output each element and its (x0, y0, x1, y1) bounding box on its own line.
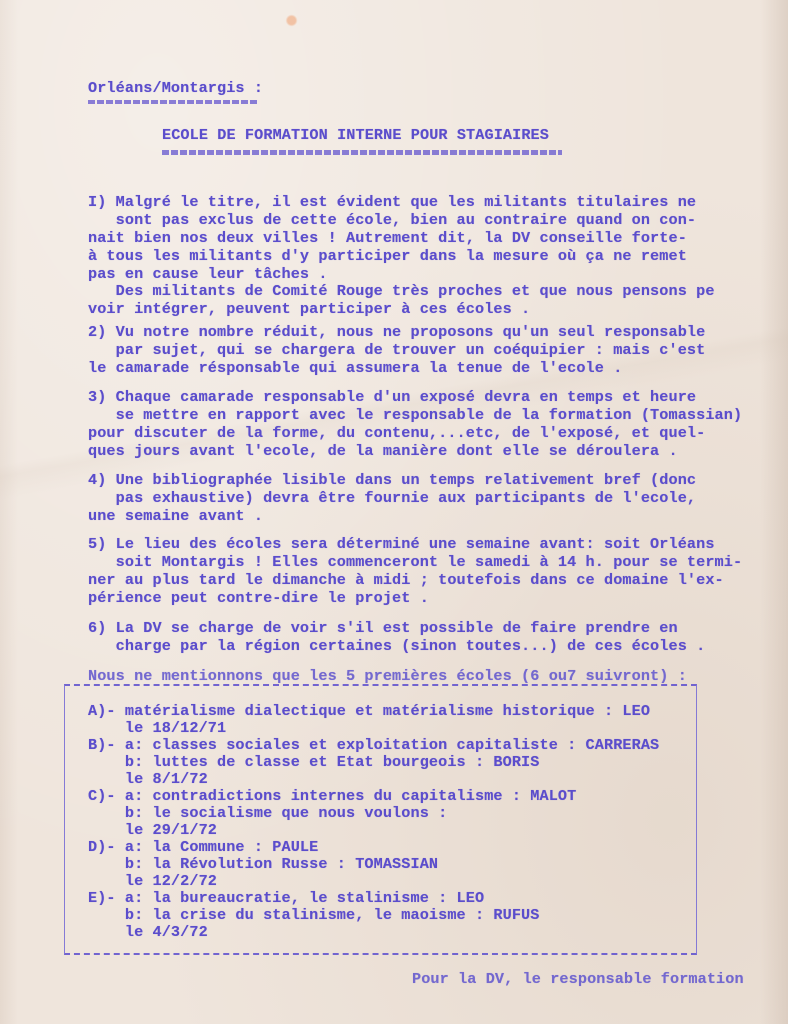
location-heading: Orléans/Montargis : (88, 80, 263, 97)
point-5-line: ner au plus tard le dimanche à midi ; to… (88, 572, 724, 589)
point-1-line: nait bien nos deux villes ! Autrement di… (88, 230, 687, 247)
school-line: C)- a: contradictions internes du capita… (88, 788, 576, 805)
school-line: le 29/1/72 (88, 822, 217, 839)
point-5-line: 5) Le lieu des écoles sera déterminé une… (88, 536, 715, 553)
point-1-line: Des militants de Comité Rouge très proch… (88, 283, 715, 300)
school-line: le 18/12/71 (88, 720, 226, 737)
point-5-line: soit Montargis ! Elles commenceront le s… (88, 554, 742, 571)
point-3-line: 3) Chaque camarade responsable d'un expo… (88, 389, 696, 406)
school-line: le 8/1/72 (88, 771, 208, 788)
point-1-line: I) Malgré le titre, il est évident que l… (88, 194, 696, 211)
point-5-line: périence peut contre-dire le projet . (88, 590, 429, 607)
school-line: D)- a: la Commune : PAULE (88, 839, 318, 856)
schools-intro: Nous ne mentionnons que les 5 premières … (88, 668, 687, 685)
location-underline (88, 100, 258, 104)
point-4-line: une semaine avant . (88, 508, 263, 525)
point-3-line: ques jours avant l'ecole, de la manière … (88, 443, 678, 460)
point-3-line: pour discuter de la forme, du contenu,..… (88, 425, 705, 442)
school-line: b: le socialisme que nous voulons : (88, 805, 447, 822)
point-6-line: 6) La DV se charge de voir s'il est poss… (88, 620, 678, 637)
page-title: ECOLE DE FORMATION INTERNE POUR STAGIAIR… (162, 127, 549, 144)
point-2-line: le camarade résponsable qui assumera la … (88, 360, 622, 377)
school-line: B)- a: classes sociales et exploitation … (88, 737, 659, 754)
typewritten-page: Orléans/Montargis : ECOLE DE FORMATION I… (0, 0, 788, 1024)
school-line: b: luttes de classe et Etat bourgeois : … (88, 754, 540, 771)
signature: Pour la DV, le responsable formation (412, 971, 744, 988)
point-1-line: voir intégrer, peuvent participer à ces … (88, 301, 530, 318)
title-double-underline (162, 150, 562, 155)
point-2-line: par sujet, qui se chargera de trouver un… (88, 342, 705, 359)
point-6-line: charge par la région certaines (sinon to… (88, 638, 705, 655)
school-line: A)- matérialisme dialectique et matérial… (88, 703, 650, 720)
point-4-line: pas exhaustive) devra être fournie aux p… (88, 490, 696, 507)
school-line: b: la Révolution Russe : TOMASSIAN (88, 856, 438, 873)
school-line: le 12/2/72 (88, 873, 217, 890)
point-2-line: 2) Vu notre nombre réduit, nous ne propo… (88, 324, 705, 341)
point-3-line: se mettre en rapport avec le responsable… (88, 407, 742, 424)
school-line: le 4/3/72 (88, 924, 208, 941)
point-1-line: pas en cause leur tâches . (88, 266, 328, 283)
school-line: b: la crise du stalinisme, le maoisme : … (88, 907, 540, 924)
point-4-line: 4) Une bibliographée lisible dans un tem… (88, 472, 696, 489)
school-line: E)- a: la bureaucratie, le stalinisme : … (88, 890, 484, 907)
point-1-line: à tous les militants d'y participer dans… (88, 248, 687, 265)
point-1-line: sont pas exclus de cette école, bien au … (88, 212, 696, 229)
